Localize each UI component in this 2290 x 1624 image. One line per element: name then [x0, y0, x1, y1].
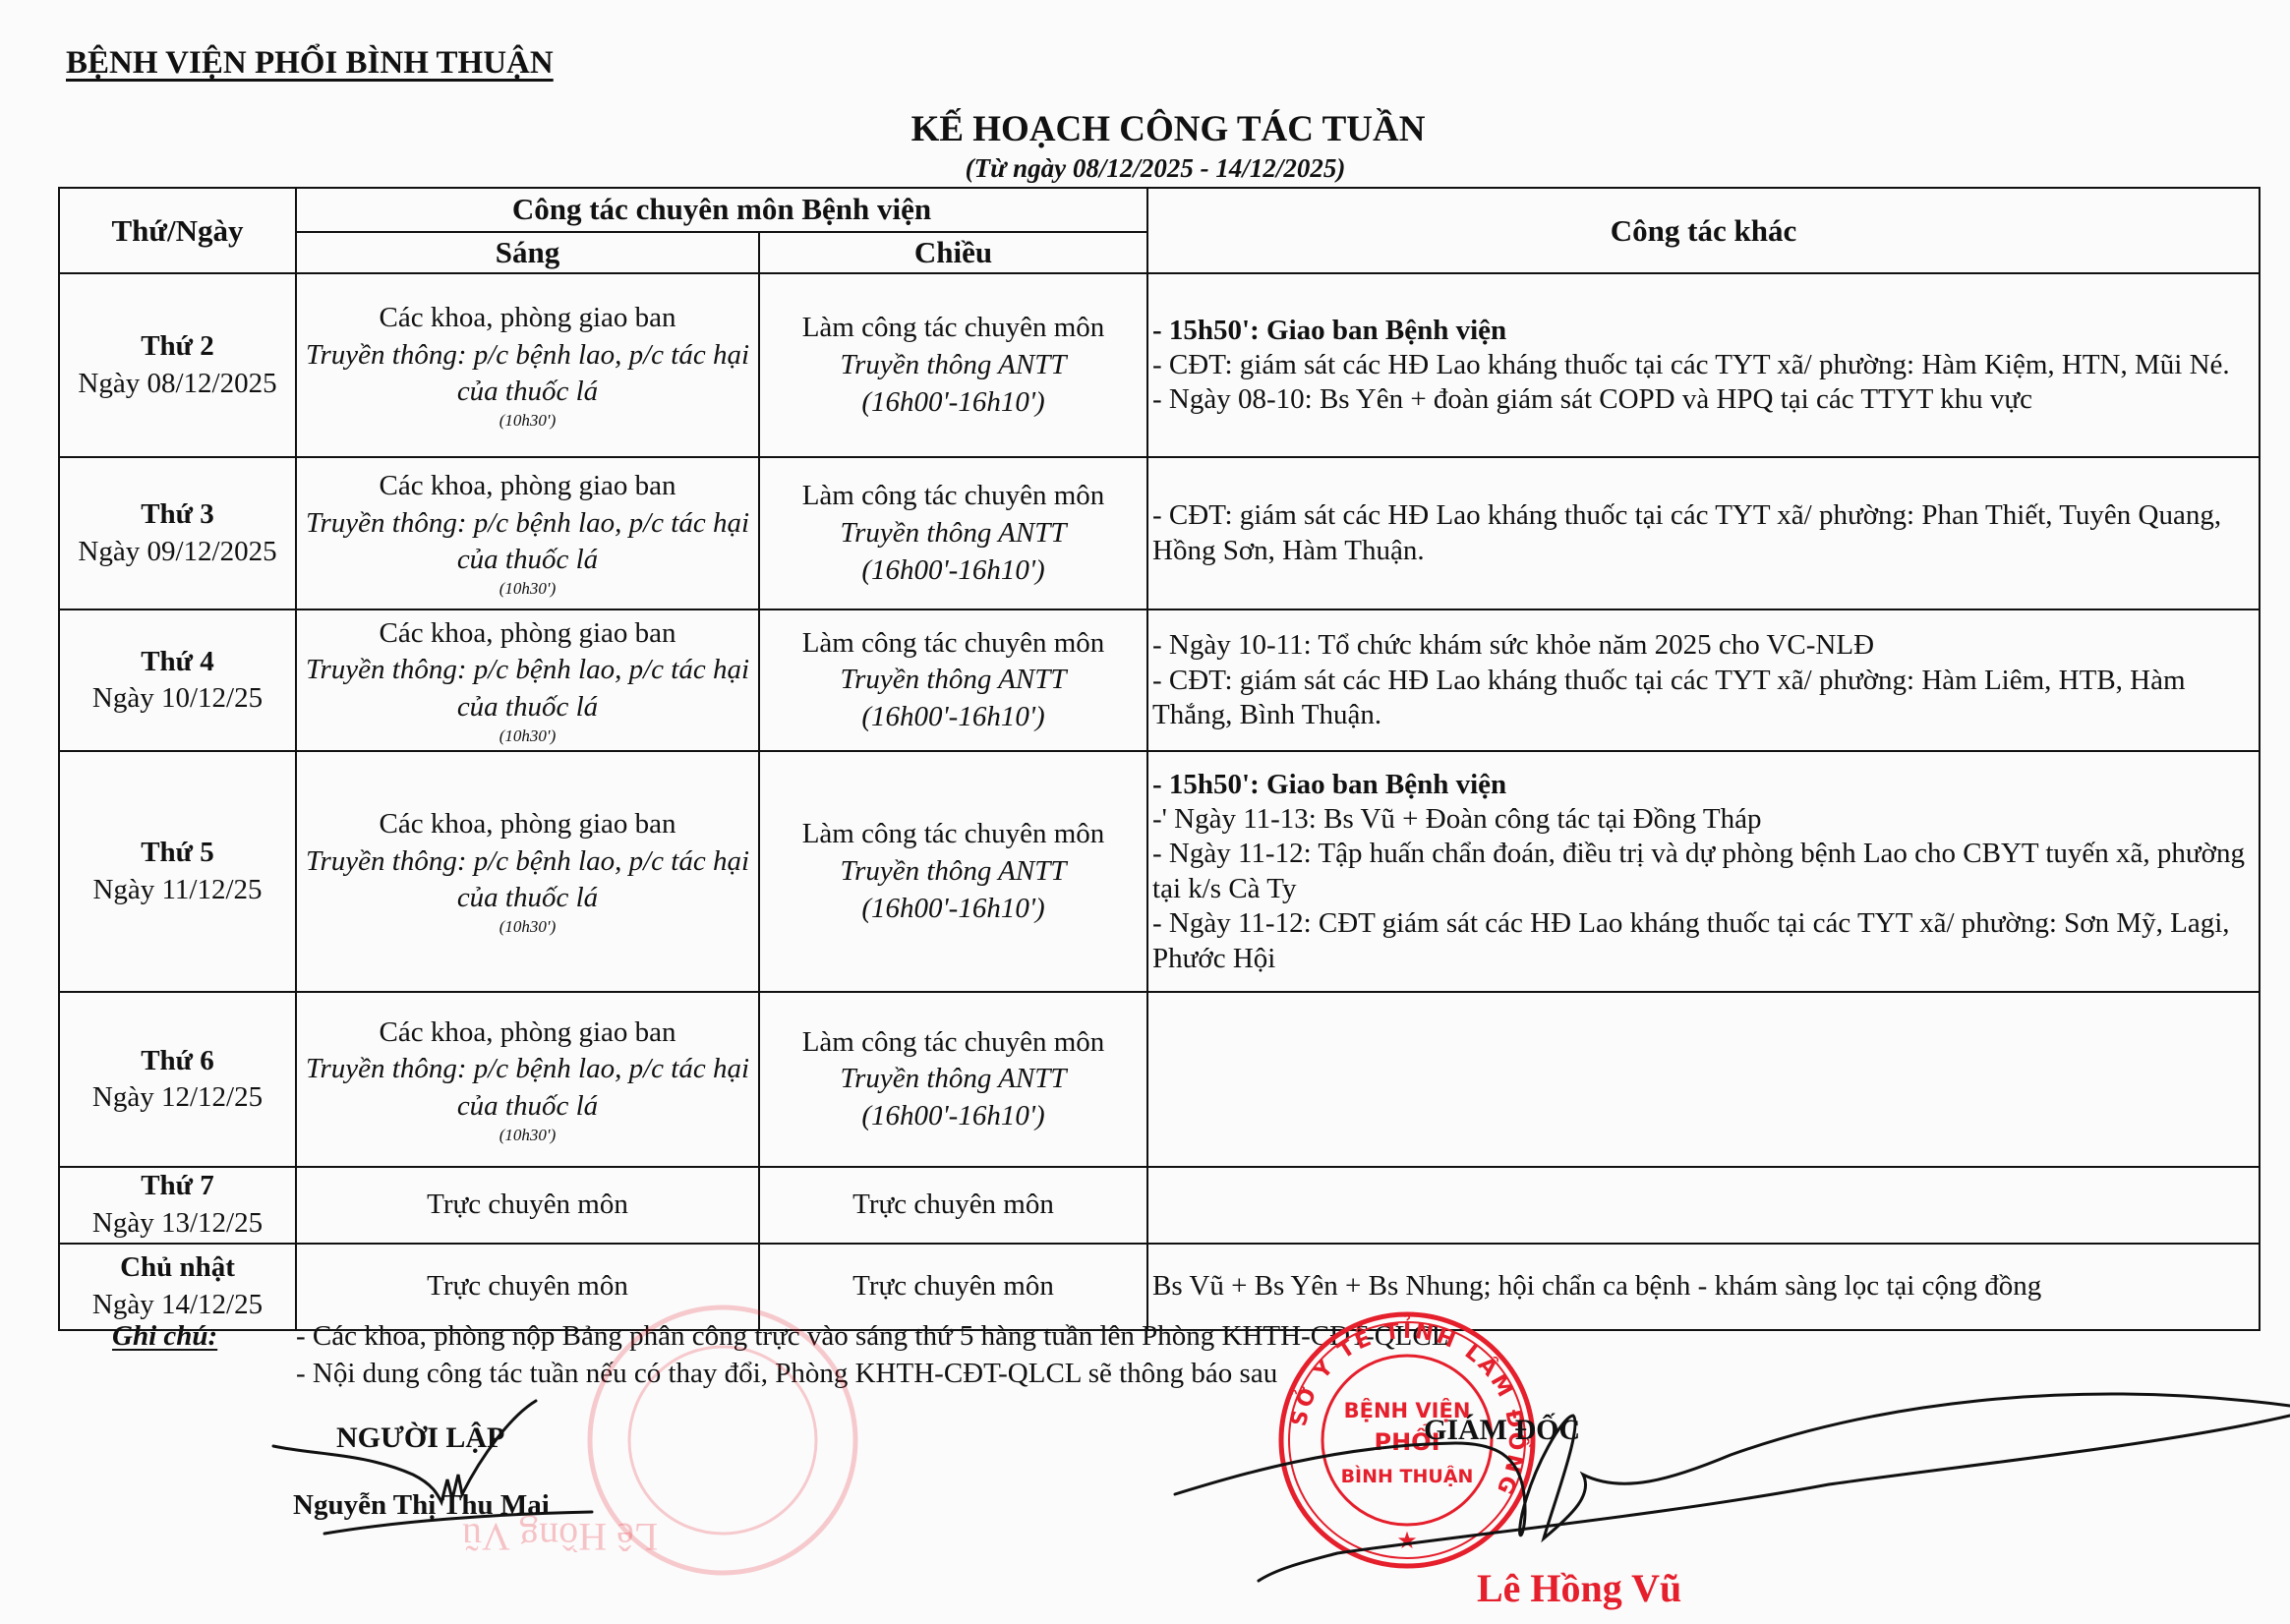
morning-activity: Các khoa, phòng giao ban	[301, 806, 754, 843]
morning-media: Truyền thông: p/c bệnh lao, p/c tác hại …	[301, 337, 754, 411]
other-work-item: -' Ngày 11-13: Bs Vũ + Đoàn công tác tại…	[1152, 802, 2255, 837]
morning-cell: Các khoa, phòng giao banTruyền thông: p/…	[296, 992, 759, 1167]
day-date: Ngày 11/12/25	[64, 872, 291, 909]
day-date: Ngày 08/12/2025	[64, 366, 291, 403]
afternoon-media: Truyền thông ANTT	[764, 1061, 1143, 1098]
afternoon-activity: Làm công tác chuyên môn	[764, 625, 1143, 663]
director-name: Lê Hồng Vũ	[1477, 1565, 1681, 1611]
table-row: Thứ 2Ngày 08/12/2025Các khoa, phòng giao…	[59, 273, 2260, 457]
day-cell: Chủ nhậtNgày 14/12/25	[59, 1244, 296, 1330]
table-row: Thứ 5Ngày 11/12/25Các khoa, phòng giao b…	[59, 751, 2260, 992]
afternoon-activity: Làm công tác chuyên môn	[764, 310, 1143, 347]
weekly-plan-table: Thứ/Ngày Công tác chuyên môn Bệnh viện C…	[58, 187, 2261, 1331]
morning-time: (10h30')	[301, 411, 754, 431]
afternoon-media: Truyền thông ANTT	[764, 515, 1143, 552]
afternoon-time: (16h00'-16h10')	[764, 384, 1143, 422]
morning-time: (10h30')	[301, 579, 754, 599]
day-name: Thứ 7	[64, 1168, 291, 1205]
morning-activity: Các khoa, phòng giao ban	[301, 300, 754, 337]
afternoon-activity: Làm công tác chuyên môn	[764, 1024, 1143, 1062]
day-cell: Thứ 5Ngày 11/12/25	[59, 751, 296, 992]
other-work-cell: - 15h50': Giao ban Bệnh viện- CĐT: giám …	[1147, 273, 2260, 457]
day-date: Ngày 12/12/25	[64, 1079, 291, 1117]
afternoon-time: (16h00'-16h10')	[764, 552, 1143, 590]
day-name: Thứ 5	[64, 835, 291, 872]
day-date: Ngày 09/12/2025	[64, 534, 291, 571]
afternoon-time: (16h00'-16h10')	[764, 699, 1143, 736]
preparer-title: NGƯỜI LẬP	[336, 1421, 504, 1455]
header-other-work: Công tác khác	[1147, 188, 2260, 273]
table-row: Thứ 3Ngày 09/12/2025Các khoa, phòng giao…	[59, 457, 2260, 609]
table-row: Thứ 6Ngày 12/12/25Các khoa, phòng giao b…	[59, 992, 2260, 1167]
date-range: (Từ ngày 08/12/2025 - 14/12/2025)	[0, 153, 2290, 184]
day-cell: Thứ 4Ngày 10/12/25	[59, 609, 296, 751]
morning-activity: Các khoa, phòng giao ban	[301, 468, 754, 505]
day-name: Thứ 4	[64, 644, 291, 681]
afternoon-time: (16h00'-16h10')	[764, 1098, 1143, 1135]
other-work-item: - CĐT: giám sát các HĐ Lao kháng thuốc t…	[1152, 664, 2255, 733]
header-afternoon: Chiều	[759, 232, 1147, 273]
director-title: GIÁM ĐỐC	[1424, 1414, 1580, 1447]
day-date: Ngày 13/12/25	[64, 1205, 291, 1243]
day-name: Thứ 2	[64, 328, 291, 366]
morning-activity: Các khoa, phòng giao ban	[301, 1015, 754, 1052]
morning-media: Truyền thông: p/c bệnh lao, p/c tác hại …	[301, 1051, 754, 1125]
table-row: Thứ 4Ngày 10/12/25Các khoa, phòng giao b…	[59, 609, 2260, 751]
other-work-item: - 15h50': Giao ban Bệnh viện	[1152, 314, 2255, 348]
day-date: Ngày 14/12/25	[64, 1287, 291, 1324]
afternoon-media: Truyền thông ANTT	[764, 662, 1143, 699]
afternoon-media: Truyền thông ANTT	[764, 347, 1143, 384]
other-work-cell	[1147, 1167, 2260, 1243]
other-work-cell: - CĐT: giám sát các HĐ Lao kháng thuốc t…	[1147, 457, 2260, 609]
organization-name: BỆNH VIỆN PHỔI BÌNH THUẬN	[66, 45, 554, 82]
afternoon-time: (16h00'-16h10')	[764, 891, 1143, 928]
morning-media: Truyền thông: p/c bệnh lao, p/c tác hại …	[301, 505, 754, 579]
morning-time: (10h30')	[301, 1126, 754, 1145]
morning-time: (10h30')	[301, 917, 754, 937]
preparer-name: Nguyễn Thị Thu Mai	[293, 1489, 550, 1522]
other-work-cell: - Ngày 10-11: Tổ chức khám sức khỏe năm …	[1147, 609, 2260, 751]
morning-cell: Trực chuyên môn	[296, 1167, 759, 1243]
afternoon-media: Truyền thông ANTT	[764, 853, 1143, 891]
day-name: Thứ 6	[64, 1043, 291, 1080]
table-row: Chủ nhậtNgày 14/12/25Trực chuyên mônTrực…	[59, 1244, 2260, 1330]
header-morning: Sáng	[296, 232, 759, 273]
day-date: Ngày 10/12/25	[64, 680, 291, 718]
day-cell: Thứ 2Ngày 08/12/2025	[59, 273, 296, 457]
morning-cell: Các khoa, phòng giao banTruyền thông: p/…	[296, 457, 759, 609]
afternoon-activity: Làm công tác chuyên môn	[764, 478, 1143, 515]
afternoon-cell: Làm công tác chuyên mônTruyền thông ANTT…	[759, 609, 1147, 751]
morning-activity: Trực chuyên môn	[301, 1187, 754, 1224]
other-work-item: - CĐT: giám sát các HĐ Lao kháng thuốc t…	[1152, 498, 2255, 568]
document-title: KẾ HOẠCH CÔNG TÁC TUẦN	[0, 108, 2290, 150]
header-professional-work: Công tác chuyên môn Bệnh viện	[296, 188, 1147, 232]
morning-media: Truyền thông: p/c bệnh lao, p/c tác hại …	[301, 652, 754, 725]
svg-text:BÌNH THUẬN: BÌNH THUẬN	[1341, 1464, 1474, 1487]
morning-media: Truyền thông: p/c bệnh lao, p/c tác hại …	[301, 843, 754, 917]
morning-cell: Các khoa, phòng giao banTruyền thông: p/…	[296, 609, 759, 751]
afternoon-activity: Làm công tác chuyên môn	[764, 816, 1143, 853]
afternoon-cell: Trực chuyên môn	[759, 1167, 1147, 1243]
other-work-item: Bs Vũ + Bs Yên + Bs Nhung; hội chẩn ca b…	[1152, 1269, 2255, 1304]
other-work-item: - CĐT: giám sát các HĐ Lao kháng thuốc t…	[1152, 348, 2255, 382]
other-work-cell: - 15h50': Giao ban Bệnh viện-' Ngày 11-1…	[1147, 751, 2260, 992]
other-work-cell	[1147, 992, 2260, 1167]
other-work-item: - Ngày 11-12: CĐT giám sát các HĐ Lao kh…	[1152, 906, 2255, 976]
morning-cell: Các khoa, phòng giao banTruyền thông: p/…	[296, 273, 759, 457]
notes-label: Ghi chú:	[112, 1320, 217, 1353]
day-cell: Thứ 3Ngày 09/12/2025	[59, 457, 296, 609]
other-work-item: - Ngày 10-11: Tổ chức khám sức khỏe năm …	[1152, 628, 2255, 663]
morning-time: (10h30')	[301, 726, 754, 746]
afternoon-activity: Trực chuyên môn	[764, 1187, 1143, 1224]
afternoon-cell: Làm công tác chuyên mônTruyền thông ANTT…	[759, 992, 1147, 1167]
day-name: Thứ 3	[64, 496, 291, 534]
day-name: Chủ nhật	[64, 1249, 291, 1287]
table-row: Thứ 7Ngày 13/12/25Trực chuyên mônTrực ch…	[59, 1167, 2260, 1243]
afternoon-cell: Làm công tác chuyên mônTruyền thông ANTT…	[759, 751, 1147, 992]
morning-cell: Các khoa, phòng giao banTruyền thông: p/…	[296, 751, 759, 992]
other-work-item: - Ngày 08-10: Bs Yên + đoàn giám sát COP…	[1152, 382, 2255, 417]
afternoon-cell: Làm công tác chuyên mônTruyền thông ANTT…	[759, 273, 1147, 457]
star-icon: ★	[1396, 1529, 1418, 1554]
day-cell: Thứ 7Ngày 13/12/25	[59, 1167, 296, 1243]
other-work-item: - 15h50': Giao ban Bệnh viện	[1152, 768, 2255, 802]
afternoon-cell: Làm công tác chuyên mônTruyền thông ANTT…	[759, 457, 1147, 609]
other-work-item: - Ngày 11-12: Tập huấn chẩn đoán, điều t…	[1152, 837, 2255, 906]
header-day: Thứ/Ngày	[59, 188, 296, 273]
morning-activity: Các khoa, phòng giao ban	[301, 615, 754, 653]
day-cell: Thứ 6Ngày 12/12/25	[59, 992, 296, 1167]
table-body: Thứ 2Ngày 08/12/2025Các khoa, phòng giao…	[59, 273, 2260, 1329]
